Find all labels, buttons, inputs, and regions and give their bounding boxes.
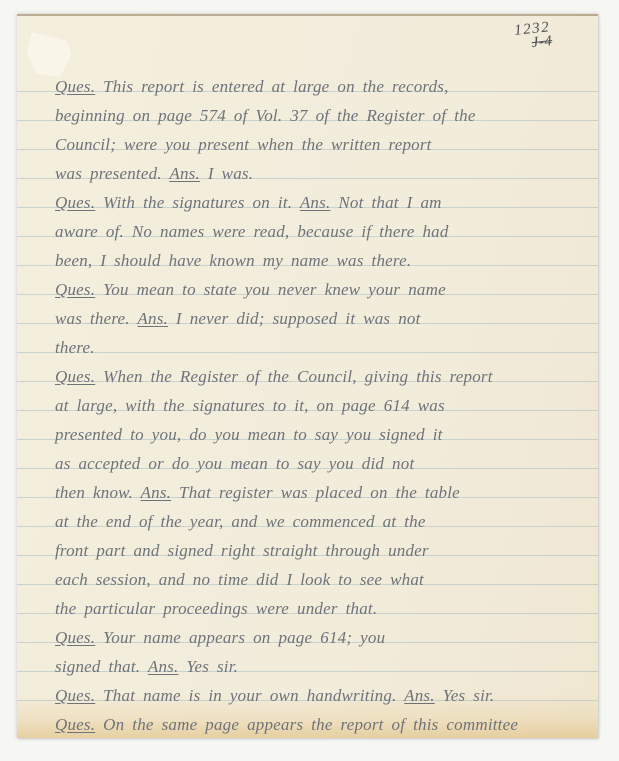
manuscript-line: Ques. You mean to state you never knew y… [55,275,595,304]
manuscript-text: Ques. This report is entered at large on… [55,72,595,738]
manuscript-line: aware of. No names were read, because if… [55,217,595,246]
manuscript-line: Ques. On the same page appears the repor… [55,710,595,738]
manuscript-line: Ques. This report is entered at large on… [55,72,595,101]
manuscript-line: then know. Ans. That register was placed… [55,478,595,507]
manuscript-line: signed that. Ans. Yes sir. [55,652,595,681]
manuscript-line: each session, and no time did I look to … [55,565,595,594]
manuscript-line: Council; were you present when the writt… [55,130,595,159]
corner-annotation: 1232 J-4 [514,20,553,53]
manuscript-page: 1232 J-4 Ques. This report is entered at… [17,14,598,738]
manuscript-line: Ques. With the signatures on it. Ans. No… [55,188,595,217]
manuscript-line: front part and signed right straight thr… [55,536,595,565]
manuscript-line: presented to you, do you mean to say you… [55,420,595,449]
manuscript-line: Ques. That name is in your own handwriti… [55,681,595,710]
manuscript-line: the particular proceedings were under th… [55,594,595,623]
manuscript-line: was there. Ans. I never did; supposed it… [55,304,595,333]
struck-page-code: J-4 [531,34,553,51]
manuscript-line: there. [55,333,595,362]
manuscript-line: been, I should have known my name was th… [55,246,595,275]
manuscript-line: Ques. When the Register of the Council, … [55,362,595,391]
manuscript-line: as accepted or do you mean to say you di… [55,449,595,478]
manuscript-line: Ques. Your name appears on page 614; you [55,623,595,652]
manuscript-line: beginning on page 574 of Vol. 37 of the … [55,101,595,130]
manuscript-line: at the end of the year, and we commenced… [55,507,595,536]
scan-background: 1232 J-4 Ques. This report is entered at… [0,0,619,761]
manuscript-line: at large, with the signatures to it, on … [55,391,595,420]
manuscript-line: was presented. Ans. I was. [55,159,595,188]
